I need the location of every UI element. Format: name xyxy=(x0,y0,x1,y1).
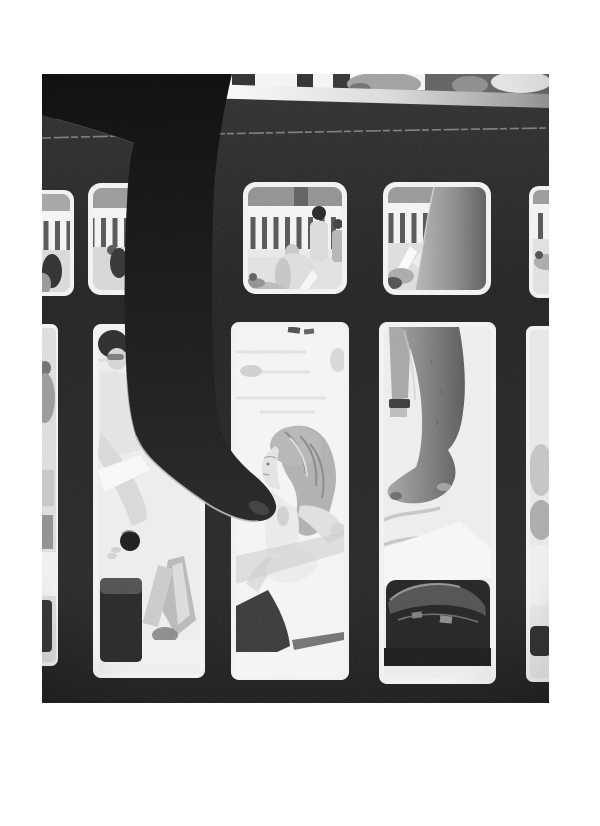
photograph-page xyxy=(0,0,600,826)
photo xyxy=(26,71,561,703)
vignette xyxy=(42,74,549,703)
